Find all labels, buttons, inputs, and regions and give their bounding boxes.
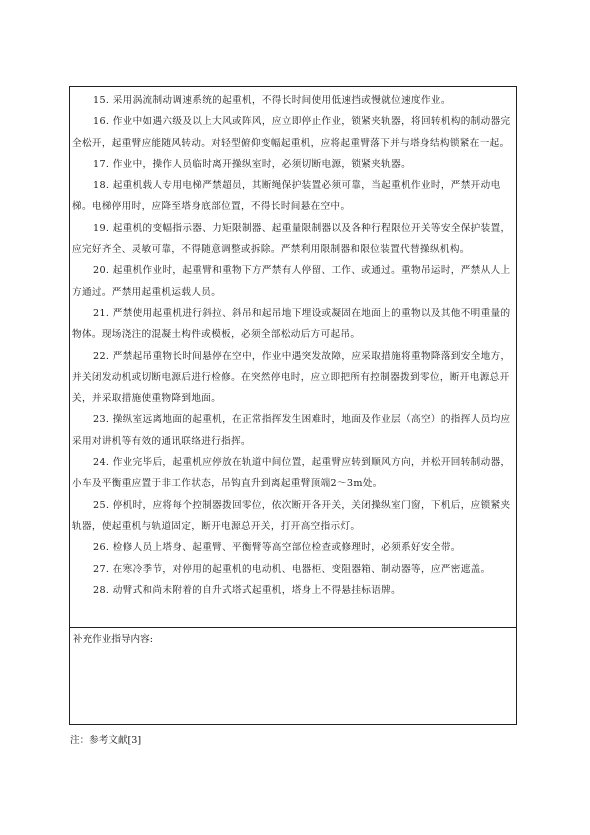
rules-cell: 15. 采用涡流制动调速系统的起重机，不得长时间使用低速挡或慢就位速度作业。 1…: [70, 87, 516, 628]
document-page: 15. 采用涡流制动调速系统的起重机，不得长时间使用低速挡或慢就位速度作业。 1…: [0, 0, 590, 835]
guidance-table: 15. 采用涡流制动调速系统的起重机，不得长时间使用低速挡或慢就位速度作业。 1…: [69, 86, 517, 725]
rule-25: 25. 停机时，应将每个控制器拨回零位，依次断开各开关，关闭操纵室门窗，下机后，…: [72, 495, 514, 538]
rule-23: 23. 操纵室远离地面的起重机，在正常指挥发生困难时，地面及作业层（高空）的指挥…: [72, 409, 514, 452]
supplement-cell: 补充作业指导内容:: [70, 628, 516, 724]
rule-15: 15. 采用涡流制动调速系统的起重机，不得长时间使用低速挡或慢就位速度作业。: [72, 90, 514, 111]
reference-note: 注：参考文献[3]: [70, 733, 141, 749]
rule-27: 27. 在寒冷季节，对停用的起重机的电动机、电器柜、变阻器箱、制动器等，应严密遮…: [72, 559, 514, 580]
rule-21: 21. 严禁使用起重机进行斜拉、斜吊和起吊地下埋设或凝固在地面上的重物以及其他不…: [72, 303, 514, 346]
rule-20: 20. 起重机作业时，起重臂和重物下方严禁有人停留、工作、或通过。重物吊运时，严…: [72, 260, 514, 303]
rule-19: 19. 起重机的变幅指示器、力矩限制器、起重量限制器以及各种行程限位开关等安全保…: [72, 218, 514, 261]
rule-22: 22. 严禁起吊重物长时间悬停在空中，作业中遇突发故障，应采取措施将重物降落到安…: [72, 346, 514, 410]
rule-24: 24. 作业完毕后，起重机应停放在轨道中间位置，起重臂应转到顺风方向，并松开回转…: [72, 452, 514, 495]
rule-26: 26. 检修人员上塔身、起重臂、平衡臂等高空部位检查或修理时，必须系好安全带。: [72, 537, 514, 558]
rule-28: 28. 动臂式和尚未附着的自升式塔式起重机，塔身上不得悬挂标语牌。: [72, 580, 514, 601]
rule-18: 18. 起重机载人专用电梯严禁超员，其断绳保护装置必须可靠，当起重机作业时，严禁…: [72, 175, 514, 218]
rule-16: 16. 作业中如遇六级及以上大风或阵风，应立即停止作业，锁紧夹轨器，将回转机构的…: [72, 111, 514, 154]
supplement-label: 补充作业指导内容:: [73, 632, 513, 648]
rule-17: 17. 作业中，操作人员临时离开操纵室时，必须切断电源，锁紧夹轨器。: [72, 154, 514, 175]
